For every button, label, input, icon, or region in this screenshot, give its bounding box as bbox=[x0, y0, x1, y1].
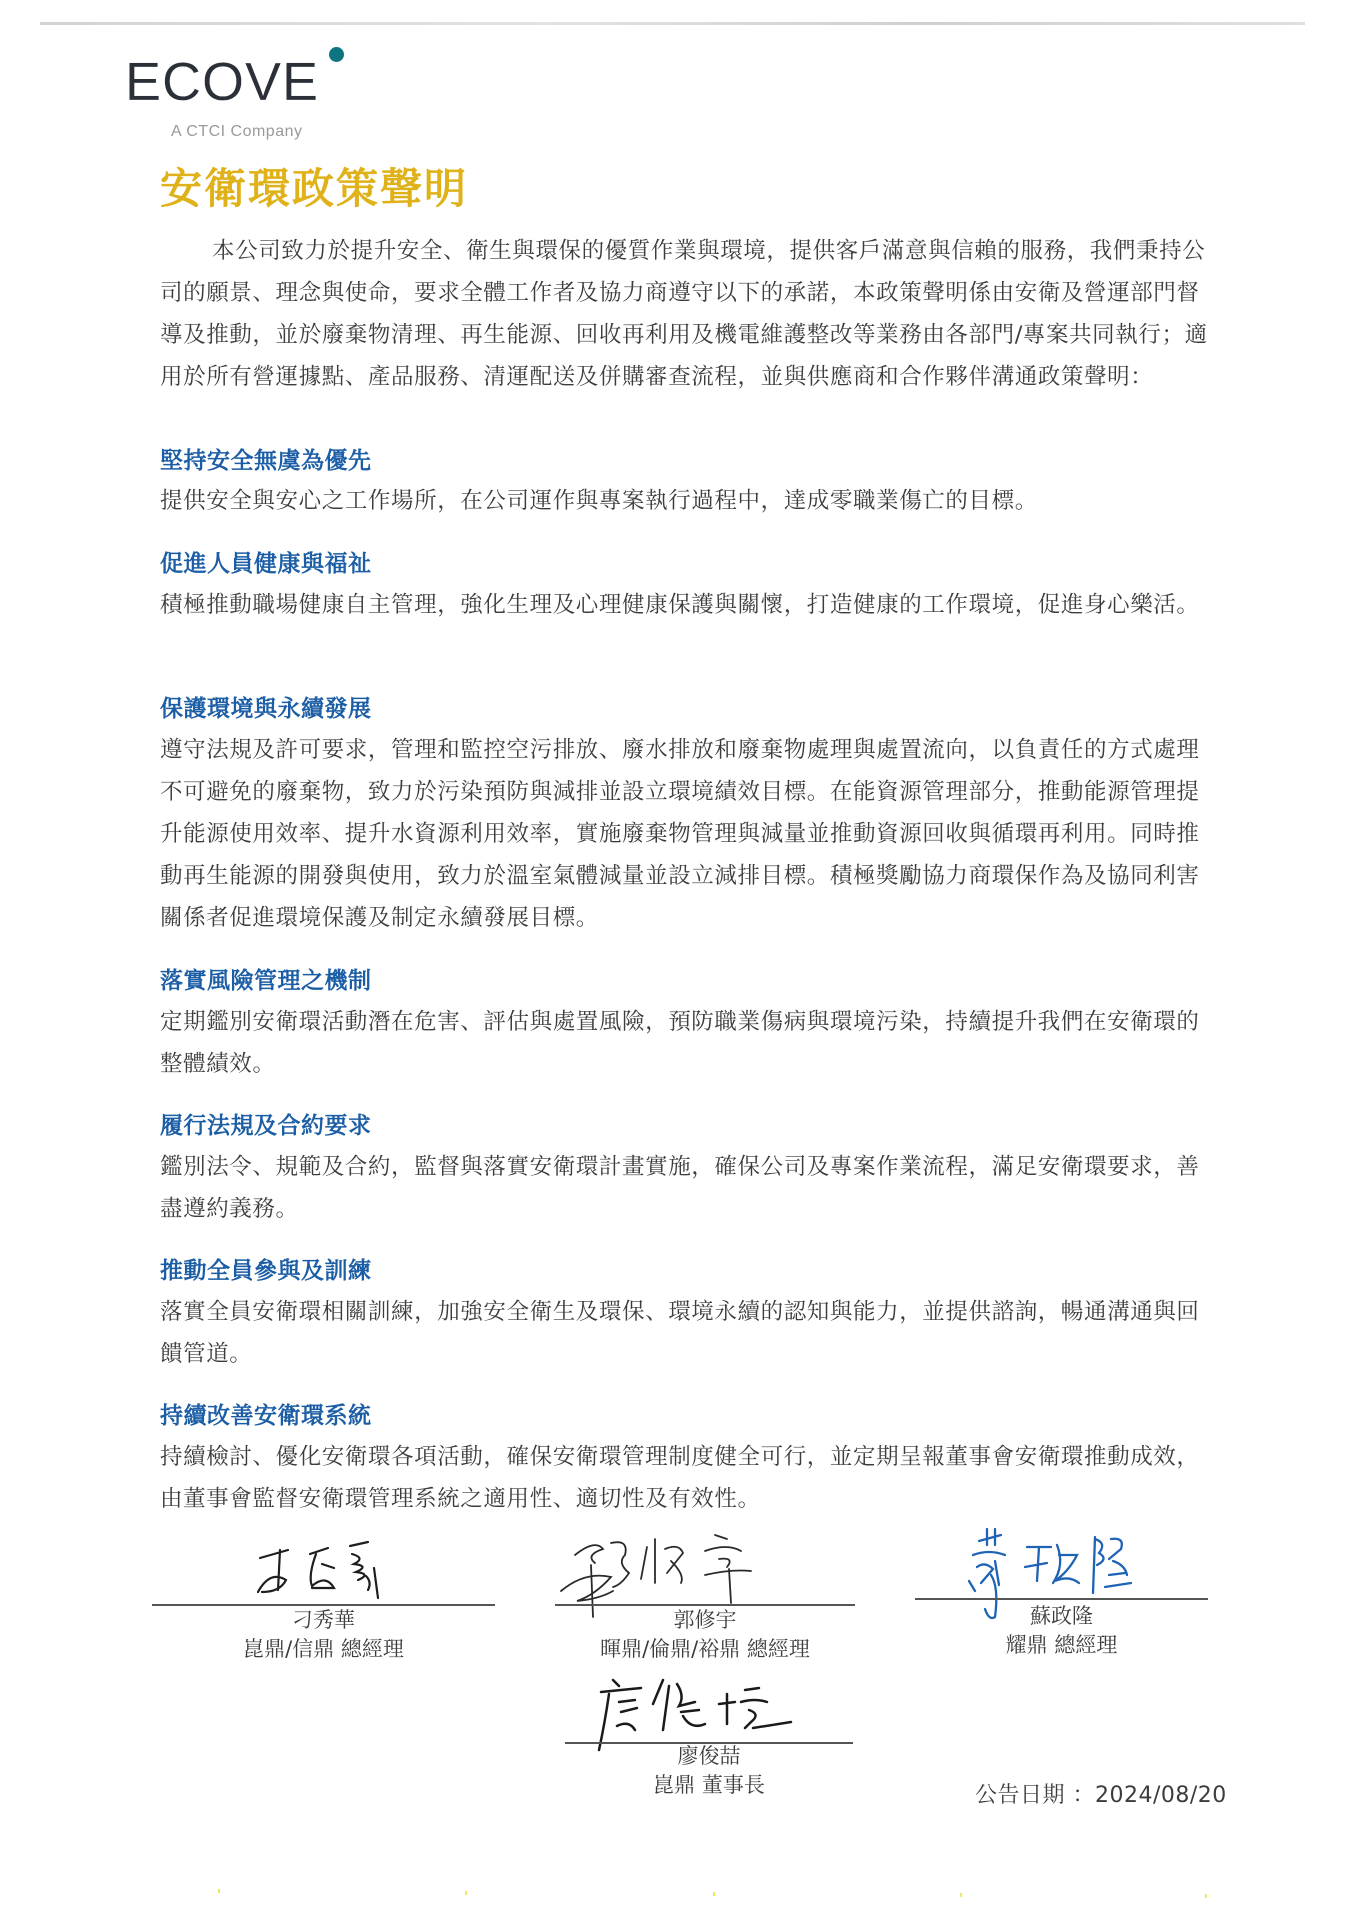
signatory-title-2: 暉鼎/倫鼎/裕鼎 總經理 bbox=[555, 1635, 855, 1664]
signatory-title-1: 崑鼎/信鼎 總經理 bbox=[152, 1635, 495, 1664]
signatory-name-3: 蘇政隆 bbox=[915, 1602, 1208, 1631]
signatory-name-4: 廖俊喆 bbox=[565, 1742, 853, 1771]
scan-speck bbox=[1205, 1894, 1207, 1898]
section-body-health: 積極推動職場健康自主管理，強化生理及心理健康保護與關懷，打造健康的工作環境，促進… bbox=[160, 584, 1220, 626]
signatory-name-1: 刁秀華 bbox=[152, 1606, 495, 1635]
signatory-name-2: 郭修宇 bbox=[555, 1606, 855, 1635]
section-heading-training: 推動全員參與及訓練 bbox=[160, 1256, 372, 1286]
scan-speck bbox=[465, 1891, 467, 1895]
document-title: 安衛環政策聲明 bbox=[160, 168, 468, 210]
scan-edge-line bbox=[40, 22, 1305, 25]
announcement-date: 公告日期 ：2024/08/20 bbox=[975, 1778, 1227, 1809]
section-body-compliance: 鑑別法令、規範及合約，監督與落實安衛環計畫實施，確保公司及專案作業流程，滿足安衛… bbox=[160, 1146, 1220, 1230]
section-heading-safety: 堅持安全無虞為優先 bbox=[160, 446, 372, 476]
signature-line-3 bbox=[915, 1598, 1208, 1600]
logo-wordmark: ECOVE bbox=[125, 55, 319, 109]
section-body-safety: 提供安全與安心之工作場所，在公司運作與專案執行過程中，達成零職業傷亡的目標。 bbox=[160, 480, 1220, 522]
section-body-improvement: 持續檢討、優化安衛環各項活動，確保安衛環管理制度健全可行，並定期呈報董事會安衛環… bbox=[160, 1436, 1220, 1520]
section-heading-health: 促進人員健康與福祉 bbox=[160, 549, 372, 579]
scan-speck bbox=[960, 1893, 962, 1897]
section-heading-compliance: 履行法規及合約要求 bbox=[160, 1111, 372, 1141]
section-body-risk: 定期鑑別安衛環活動潛在危害、評估與處置風險，預防職業傷病與環境污染，持續提升我們… bbox=[160, 1001, 1220, 1085]
logo-dot-icon bbox=[329, 47, 344, 62]
section-heading-risk: 落實風險管理之機制 bbox=[160, 966, 372, 996]
scan-speck bbox=[218, 1889, 220, 1893]
company-logo: ECOVE A CTCI Company bbox=[125, 55, 319, 109]
section-heading-environment: 保護環境與永續發展 bbox=[160, 694, 372, 724]
signatory-title-4: 崑鼎 董事長 bbox=[565, 1771, 853, 1800]
section-body-training: 落實全員安衛環相關訓練，加強安全衛生及環保、環境永續的認知與能力，並提供諮詢，暢… bbox=[160, 1291, 1220, 1375]
signatory-title-3: 耀鼎 總經理 bbox=[915, 1631, 1208, 1660]
logo-subtitle: A CTCI Company bbox=[171, 123, 302, 141]
scan-speck bbox=[713, 1892, 715, 1896]
intro-paragraph: 本公司致力於提升安全、衛生與環保的優質作業與環境，提供客戶滿意與信賴的服務，我們… bbox=[160, 230, 1220, 398]
section-body-environment: 遵守法規及許可要求，管理和監控空污排放、廢水排放和廢棄物處理與處置流向，以負責任… bbox=[160, 729, 1220, 939]
handwritten-signature-4 bbox=[595, 1672, 805, 1752]
section-heading-improvement: 持續改善安衛環系統 bbox=[160, 1401, 372, 1431]
handwritten-signature-1 bbox=[250, 1540, 400, 1602]
